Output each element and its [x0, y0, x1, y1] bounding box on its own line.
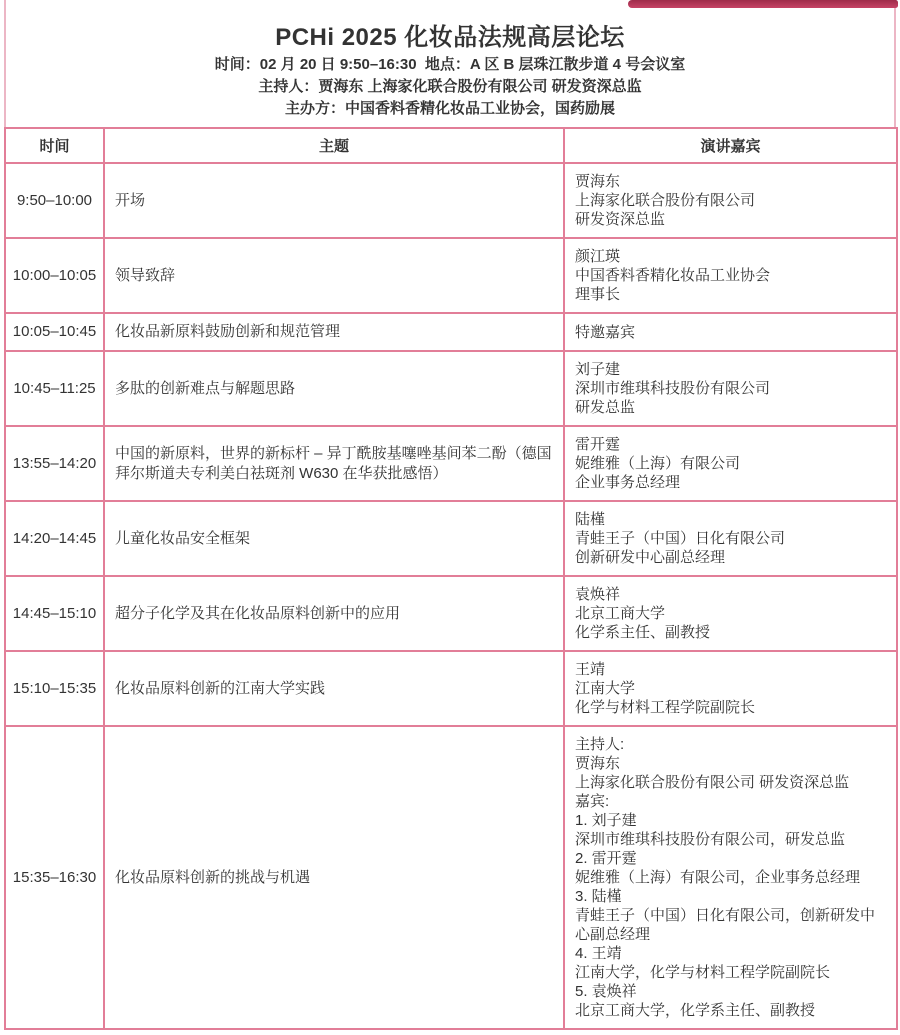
table-row: 14:20–14:45儿童化妆品安全框架陆槿 青蛙王子（中国）日化有限公司 创新…	[5, 501, 897, 576]
speaker-cell: 贾海东 上海家化联合股份有限公司 研发资深总监	[564, 163, 897, 238]
column-header-time: 时间	[5, 128, 104, 163]
topic-cell: 化妆品新原料鼓励创新和规范管理	[104, 313, 564, 351]
table-row: 14:45–15:10超分子化学及其在化妆品原料创新中的应用袁焕祥 北京工商大学…	[5, 576, 897, 651]
speaker-cell: 王靖 江南大学 化学与材料工程学院副院长	[564, 651, 897, 726]
speaker-cell: 特邀嘉宾	[564, 313, 897, 351]
column-header-topic: 主题	[104, 128, 564, 163]
topic-cell: 化妆品原料创新的江南大学实践	[104, 651, 564, 726]
time-cell: 15:10–15:35	[5, 651, 104, 726]
topic-cell: 多肽的创新难点与解题思路	[104, 351, 564, 426]
table-row: 9:50–10:00开场贾海东 上海家化联合股份有限公司 研发资深总监	[5, 163, 897, 238]
time-cell: 9:50–10:00	[5, 163, 104, 238]
time-cell: 15:35–16:30	[5, 726, 104, 1029]
schedule-table: 时间 主题 演讲嘉宾 9:50–10:00开场贾海东 上海家化联合股份有限公司 …	[4, 127, 898, 1030]
topic-cell: 开场	[104, 163, 564, 238]
time-cell: 10:00–10:05	[5, 238, 104, 313]
forum-header: PCHi 2025 化妆品法规高层论坛 时间：02 月 20 日 9:50–16…	[4, 0, 896, 127]
topic-cell: 超分子化学及其在化妆品原料创新中的应用	[104, 576, 564, 651]
page-root: PCHi 2025 化妆品法规高层论坛 时间：02 月 20 日 9:50–16…	[0, 0, 900, 1035]
table-row: 15:10–15:35化妆品原料创新的江南大学实践王靖 江南大学 化学与材料工程…	[5, 651, 897, 726]
time-cell: 13:55–14:20	[5, 426, 104, 501]
header-row: 时间 主题 演讲嘉宾	[5, 128, 897, 163]
speaker-cell: 袁焕祥 北京工商大学 化学系主任、副教授	[564, 576, 897, 651]
table-row: 10:05–10:45化妆品新原料鼓励创新和规范管理特邀嘉宾	[5, 313, 897, 351]
speaker-cell: 主持人: 贾海东 上海家化联合股份有限公司 研发资深总监 嘉宾: 1. 刘子建 …	[564, 726, 897, 1029]
speaker-cell: 陆槿 青蛙王子（中国）日化有限公司 创新研发中心副总经理	[564, 501, 897, 576]
page-title: PCHi 2025 化妆品法规高层论坛	[6, 22, 894, 54]
time-cell: 10:45–11:25	[5, 351, 104, 426]
time-cell: 14:20–14:45	[5, 501, 104, 576]
time-cell: 14:45–15:10	[5, 576, 104, 651]
header-time-location: 时间：02 月 20 日 9:50–16:30 地点：A 区 B 层珠江散步道 …	[6, 54, 894, 76]
table-row: 10:45–11:25多肽的创新难点与解题思路刘子建 深圳市维琪科技股份有限公司…	[5, 351, 897, 426]
header-host: 主持人：贾海东 上海家化联合股份有限公司 研发资深总监	[6, 76, 894, 98]
header-organizer: 主办方：中国香料香精化妆品工业协会，国药励展	[6, 98, 894, 120]
table-row: 10:00–10:05领导致辞颜江瑛 中国香料香精化妆品工业协会 理事长	[5, 238, 897, 313]
speaker-cell: 颜江瑛 中国香料香精化妆品工业协会 理事长	[564, 238, 897, 313]
speaker-cell: 刘子建 深圳市维琪科技股份有限公司 研发总监	[564, 351, 897, 426]
topic-cell: 领导致辞	[104, 238, 564, 313]
speaker-cell: 雷开霆 妮维雅（上海）有限公司 企业事务总经理	[564, 426, 897, 501]
ribbon-bottom-edge	[628, 0, 898, 8]
topic-cell: 中国的新原料，世界的新标杆 – 异丁酰胺基噻唑基间苯二酚（德国拜尔斯道夫专利美白…	[104, 426, 564, 501]
time-cell: 10:05–10:45	[5, 313, 104, 351]
table-row: 15:35–16:30化妆品原料创新的挑战与机遇主持人: 贾海东 上海家化联合股…	[5, 726, 897, 1029]
topic-cell: 化妆品原料创新的挑战与机遇	[104, 726, 564, 1029]
topic-cell: 儿童化妆品安全框架	[104, 501, 564, 576]
schedule-table-header: 时间 主题 演讲嘉宾	[5, 128, 897, 163]
column-header-speaker: 演讲嘉宾	[564, 128, 897, 163]
table-row: 13:55–14:20中国的新原料，世界的新标杆 – 异丁酰胺基噻唑基间苯二酚（…	[5, 426, 897, 501]
schedule-body: 9:50–10:00开场贾海东 上海家化联合股份有限公司 研发资深总监10:00…	[5, 163, 897, 1029]
